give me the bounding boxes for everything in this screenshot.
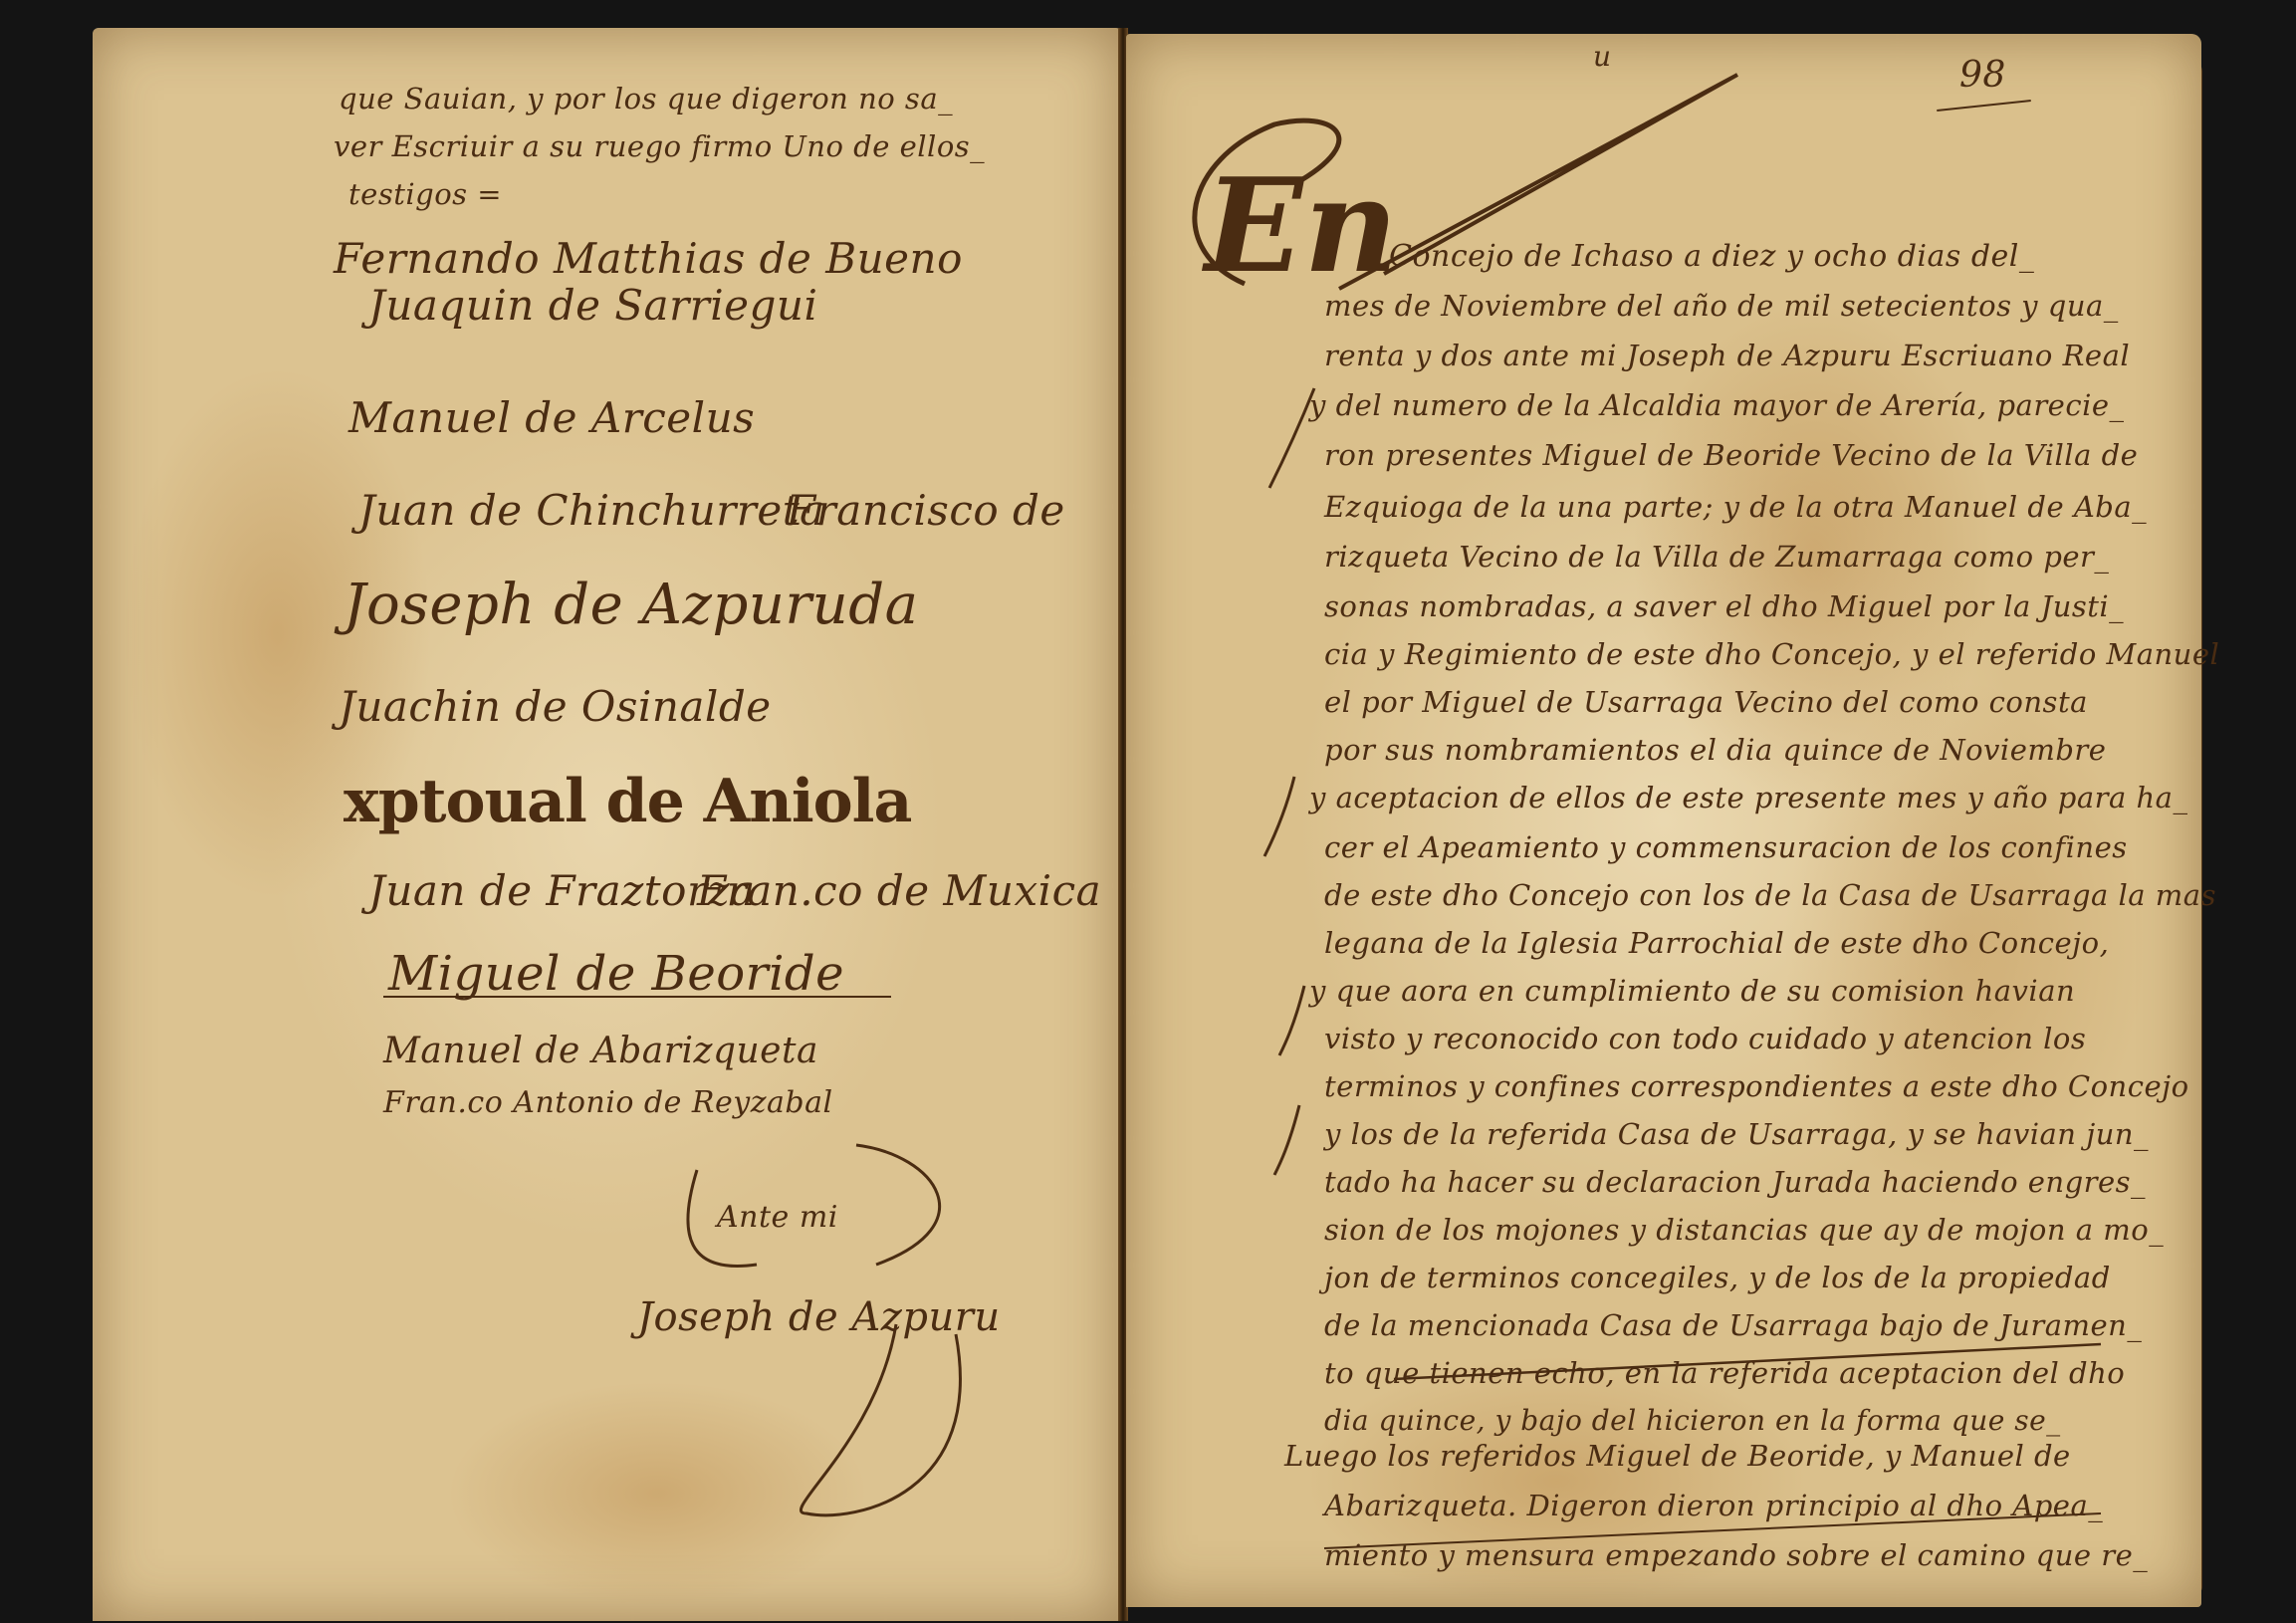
right-line-24: to que tienen echo, en la referida acept… (1324, 1356, 2125, 1390)
right-line-22: jon de terminos concegiles, y de los de … (1324, 1261, 2111, 1294)
right-line-5: ron presentes Miguel de Beoride Vecino d… (1324, 438, 2138, 472)
right-para2-line-2: Abarizqueta. Digeron dieron principio al… (1324, 1489, 2103, 1522)
right-line-20: tado ha hacer su declaracion Jurada haci… (1324, 1165, 2146, 1199)
right-line-14: de este dho Concejo con los de la Casa d… (1324, 878, 2216, 912)
right-para2-line-3: miento y mensura empezando sobre el cami… (1324, 1538, 2148, 1572)
right-line-6: Ezquioga de la una parte; y de la otra M… (1324, 490, 2147, 524)
right-line-10: el por Miguel de Usarraga Vecino del com… (1324, 685, 2088, 719)
right-line-3: renta y dos ante mi Joseph de Azpuru Esc… (1324, 339, 2130, 372)
right-line-23: de la mencionada Casa de Usarraga bajo d… (1324, 1308, 2142, 1342)
page-number: 98 (1959, 55, 2006, 96)
manuscript-spread: que Sauian, y por los que digeron no sa_… (0, 0, 2296, 1623)
right-line-18: terminos y confines correspondientes a e… (1324, 1069, 2189, 1103)
right-line-1: Concejo de Ichaso a diez y ocho dias del… (1389, 239, 2034, 274)
top-mark: u (1593, 40, 1612, 73)
right-line-2: mes de Noviembre del año de mil setecien… (1324, 289, 2119, 323)
right-line-25: dia quince, y bajo del hicieron en la fo… (1324, 1404, 2061, 1437)
right-line-15: legana de la Iglesia Parrochial de este … (1324, 926, 2109, 960)
right-line-8: sonas nombradas, a saver el dho Miguel p… (1324, 589, 2124, 623)
right-line-17: visto y reconocido con todo cuidado y at… (1324, 1022, 2086, 1055)
right-line-12: y aceptacion de ellos de este presente m… (1309, 781, 2187, 814)
right-line-13: cer el Apeamiento y commensuracion de lo… (1324, 830, 2128, 864)
right-line-19: y los de la referida Casa de Usarraga, y… (1324, 1117, 2149, 1151)
right-line-4: y del numero de la Alcaldia mayor de Are… (1309, 388, 2125, 422)
right-line-21: sion de los mojones y distancias que ay … (1324, 1213, 2164, 1247)
right-line-16: y que aora en cumplimiento de su comisio… (1309, 974, 2075, 1008)
right-line-9: cia y Regimiento de este dho Concejo, y … (1324, 637, 2219, 671)
right-para2-line-1: Luego los referidos Miguel de Beoride, y… (1284, 1439, 2071, 1473)
right-line-7: rizqueta Vecino de la Villa de Zumarraga… (1324, 540, 2109, 574)
right-line-11: por sus nombramientos el dia quince de N… (1324, 733, 2106, 767)
decorative-initial: En (1205, 149, 1399, 302)
